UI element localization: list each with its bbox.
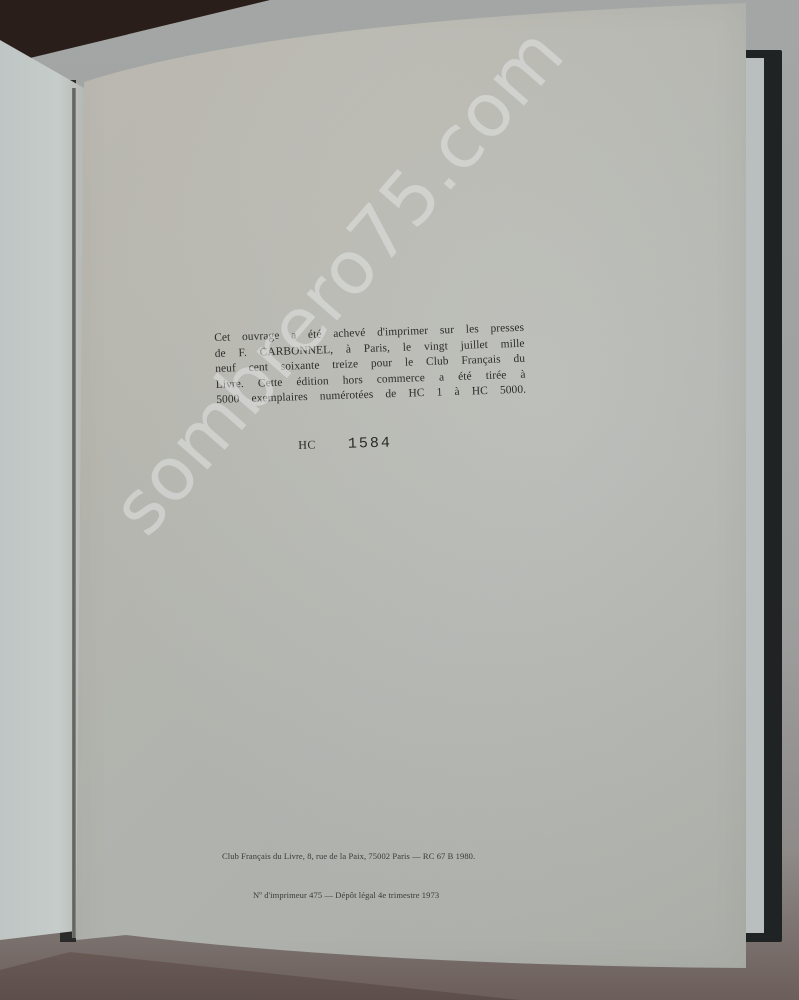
colophon-text: Cet ouvrage a été achevé d'imprimer sur … — [214, 321, 526, 409]
copy-number-value: 1584 — [348, 435, 392, 453]
copy-number-prefix: HC — [298, 438, 316, 452]
page-lighting — [76, 0, 746, 970]
printer-legal-deposit: Nº d'imprimeur 475 — Dépôt légal 4e trim… — [253, 890, 439, 900]
publisher-imprint: Club Français du Livre, 8, rue de la Pai… — [222, 851, 475, 861]
copy-number: HC 1584 — [298, 434, 392, 454]
book-gutter — [72, 88, 76, 938]
